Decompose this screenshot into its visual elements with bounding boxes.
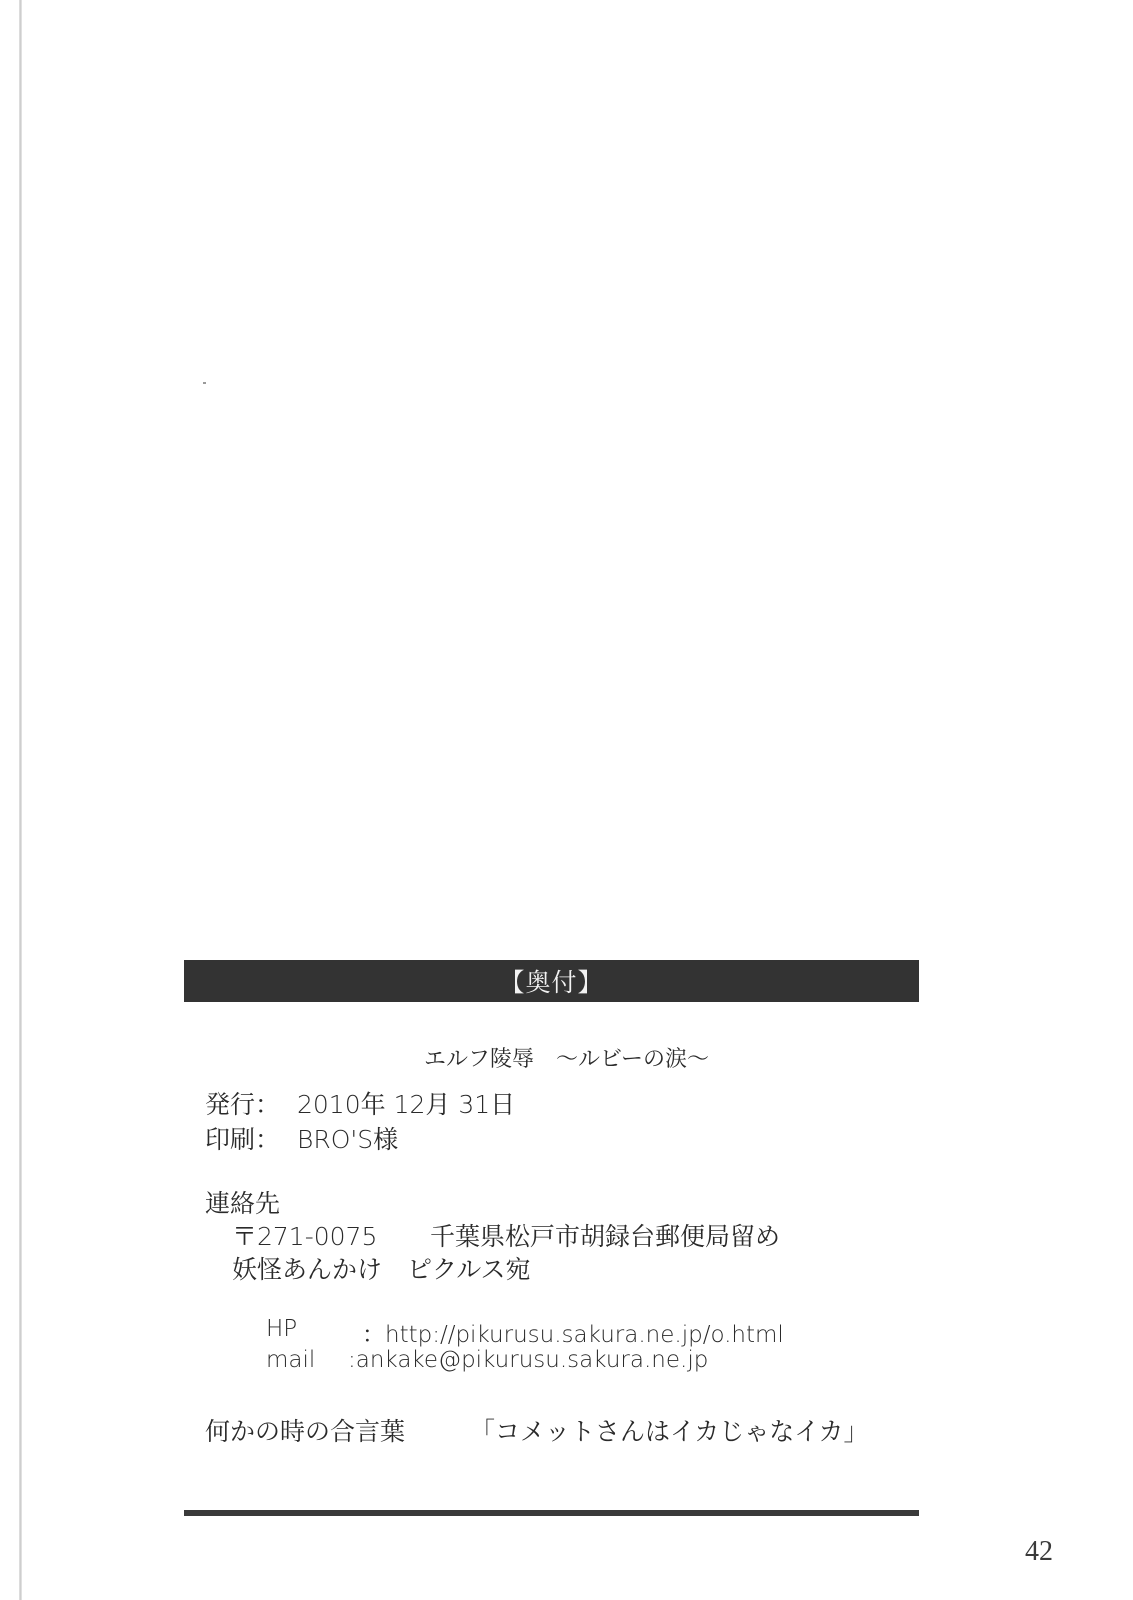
hp-url-link[interactable]: ：http://pikurusu.sakura.ne.jp/o.html <box>362 1316 784 1349</box>
page-number: 42 <box>1025 1536 1053 1568</box>
printer-name: BRO'S様 <box>297 1120 398 1156</box>
issued-label: 発行： <box>205 1085 280 1121</box>
mail-label: mail <box>266 1347 315 1373</box>
password-value: 「コメットさんはイカじゃなイカ」 <box>470 1412 869 1448</box>
scan-speck <box>203 382 206 384</box>
book-title: エルフ陵辱 ～ルビーの涙～ <box>0 1042 1133 1073</box>
mail-address-link[interactable]: :ankake@pikurusu.sakura.ne.jp <box>348 1347 708 1373</box>
recipient: 妖怪あんかけ ピクルス宛 <box>232 1250 531 1286</box>
contact-label: 連絡先 <box>205 1184 280 1220</box>
password-label: 何かの時の合言葉 <box>205 1412 405 1448</box>
colophon-header-bar: 【奥付】 <box>184 960 919 1002</box>
hp-label: HP <box>266 1316 297 1342</box>
postal-code: 〒271-0075 <box>232 1217 377 1253</box>
postal-address: 千葉県松戸市胡録台郵便局留め <box>430 1217 780 1253</box>
issued-date: 2010年 12月 31日 <box>297 1085 515 1121</box>
bottom-rule-divider <box>184 1510 919 1516</box>
colophon-heading: 【奥付】 <box>499 963 603 999</box>
page-edge-shadow <box>19 0 22 1600</box>
printer-label: 印刷： <box>205 1120 280 1156</box>
